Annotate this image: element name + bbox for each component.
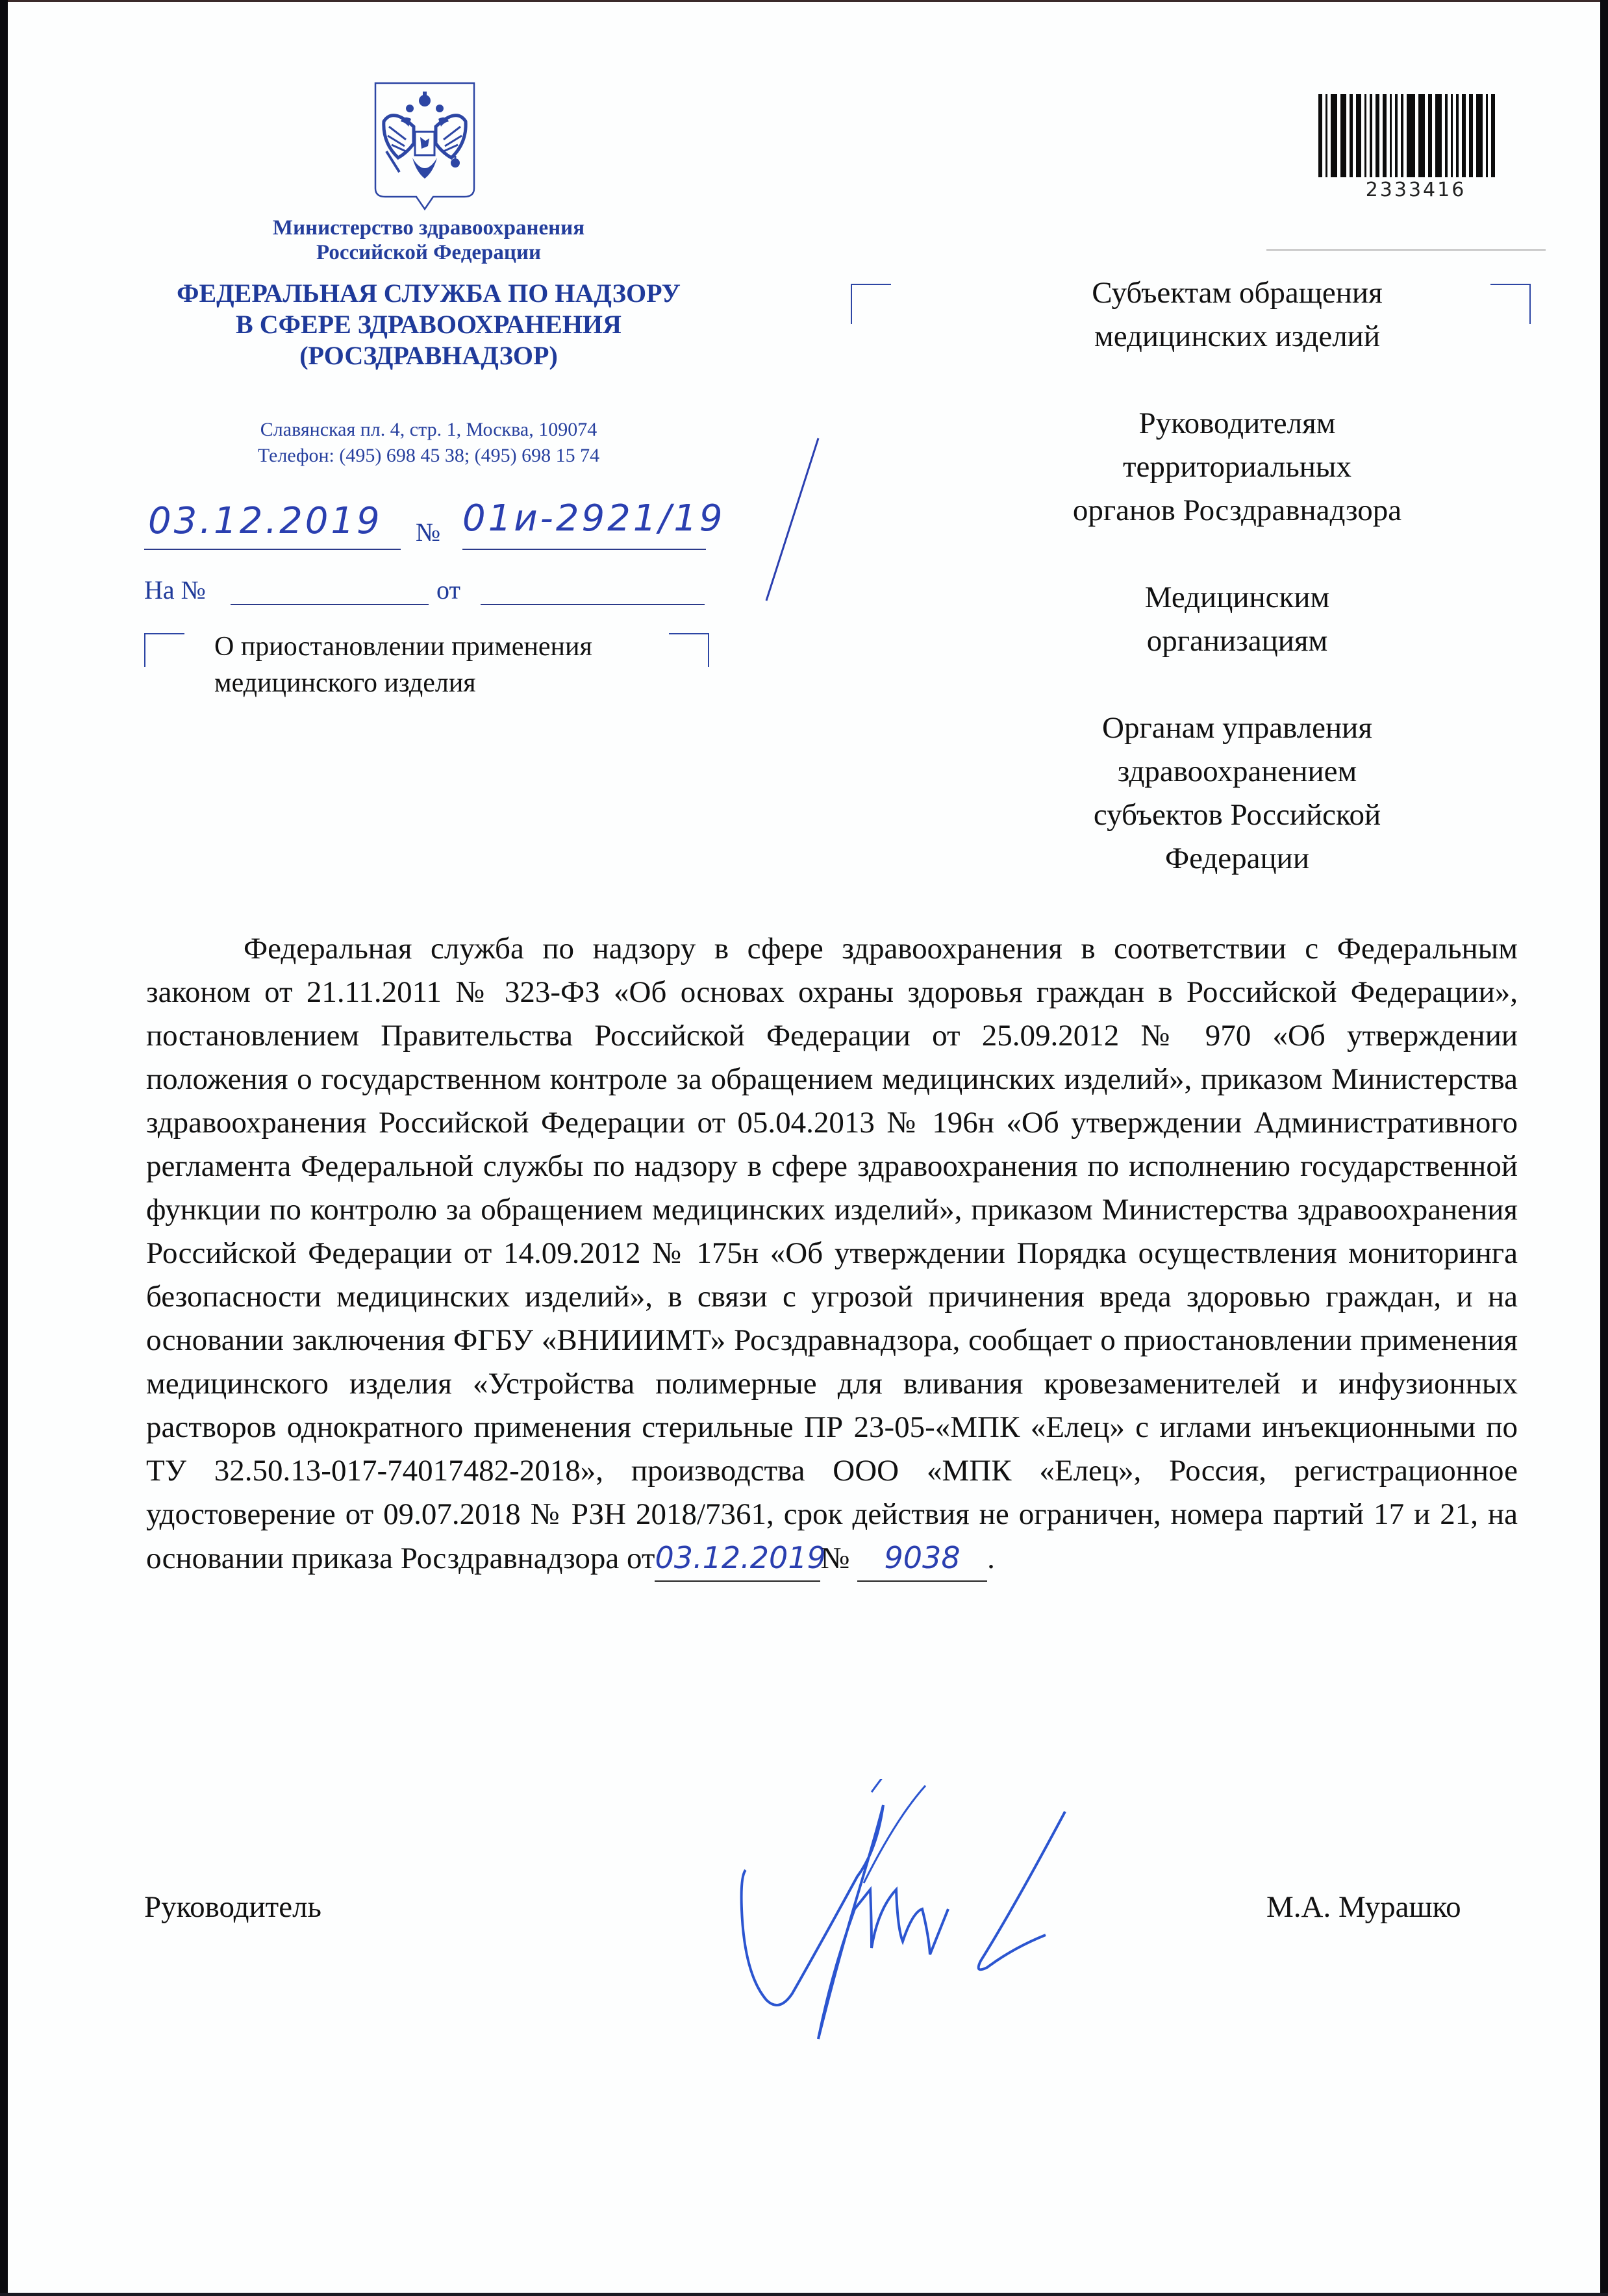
addressee-item: Руководителям территориальных органов Ро… (974, 402, 1500, 532)
signatory-name: М.А. Мурашко (1266, 1890, 1461, 1925)
barcode-number: 2333416 (1344, 179, 1487, 201)
addressee-line: территориальных (974, 445, 1500, 489)
number-sign: № (416, 517, 440, 547)
service-address: Славянская пл. 4, стр. 1, Москва, 109074… (130, 417, 727, 469)
subject-title: О приостановлении применения медицинског… (214, 629, 592, 701)
addressee-line: Органам управления (974, 706, 1500, 750)
ministry-line-2: Российской Федерации (130, 240, 727, 265)
order-number-sign: № (820, 1541, 849, 1575)
scan-edge-top (0, 0, 1608, 2)
handwritten-signature (701, 1779, 1195, 2065)
addressee-line: органов Росздравнадзора (974, 489, 1500, 532)
letter-body: Федеральная служба по надзору в сфере зд… (146, 927, 1518, 1582)
reply-to-label: На № (144, 575, 206, 605)
body-text: Федеральная служба по надзору в сфере зд… (146, 932, 1518, 1575)
addressee-item: Субъектам обращения медицинских изделий (974, 271, 1500, 358)
subject-bracket-right (669, 633, 709, 667)
order-date-field: 03.12.2019 (655, 1536, 820, 1582)
addressee-line: субъектов Российской (974, 793, 1500, 837)
scan-edge-bottom (0, 2293, 1608, 2296)
service-line-2: В СФЕРЕ ЗДРАВООХРАНЕНИЯ (97, 309, 760, 340)
addressee-item: Органам управления здравоохранением субъ… (974, 706, 1500, 880)
reply-date-field (481, 604, 705, 605)
scan-edge-right (1600, 0, 1608, 2296)
service-line-3: (РОСЗДРАВНАДЗОР) (97, 340, 760, 371)
addressee-list: Субъектам обращения медицинских изделий … (974, 271, 1500, 924)
phone-line: Телефон: (495) 698 45 38; (495) 698 15 7… (130, 443, 727, 469)
barcode (1318, 94, 1513, 177)
barcode-separator (1266, 249, 1546, 251)
number-underline (462, 549, 706, 550)
addressee-item: Медицинским организациям (974, 576, 1500, 663)
end-punctuation: . (987, 1541, 995, 1575)
order-number-field: 9038 (857, 1536, 987, 1582)
ministry-line-1: Министерство здравоохранения (130, 216, 727, 240)
document-page: Министерство здравоохранения Российской … (0, 0, 1608, 2296)
subject-line-2: медицинского изделия (214, 665, 592, 701)
order-number: 9038 (885, 1540, 961, 1575)
scan-edge-left (0, 0, 8, 2296)
address-line: Славянская пл. 4, стр. 1, Москва, 109074 (130, 417, 727, 443)
addressee-line: медицинских изделий (974, 315, 1500, 358)
reply-from-label: от (436, 575, 460, 605)
ministry-name: Министерство здравоохранения Российской … (130, 216, 727, 265)
addressee-line: организациям (974, 619, 1500, 663)
addressee-line: Руководителям (974, 402, 1500, 445)
registration-date: 03.12.2019 (148, 500, 383, 542)
addressee-bracket-left (851, 284, 891, 324)
service-name: ФЕДЕРАЛЬНАЯ СЛУЖБА ПО НАДЗОРУ В СФЕРЕ ЗД… (97, 278, 760, 371)
registration-number: 01и-2921/19 (462, 497, 725, 540)
addressee-line: Федерации (974, 837, 1500, 880)
number-slash-stroke (727, 435, 831, 604)
addressee-line: здравоохранением (974, 750, 1500, 793)
addressee-line: Медицинским (974, 576, 1500, 619)
service-line-1: ФЕДЕРАЛЬНАЯ СЛУЖБА ПО НАДЗОРУ (97, 278, 760, 309)
body-paragraph: Федеральная служба по надзору в сфере зд… (146, 927, 1518, 1582)
reply-number-field (231, 604, 429, 605)
subject-line-1: О приостановлении применения (214, 629, 592, 665)
russian-coat-of-arms-icon (373, 81, 476, 211)
subject-bracket-left (144, 633, 184, 667)
addressee-line: Субъектам обращения (974, 271, 1500, 315)
signatory-title: Руководитель (144, 1890, 321, 1925)
order-date: 03.12.2019 (655, 1540, 825, 1575)
date-underline (144, 549, 401, 550)
